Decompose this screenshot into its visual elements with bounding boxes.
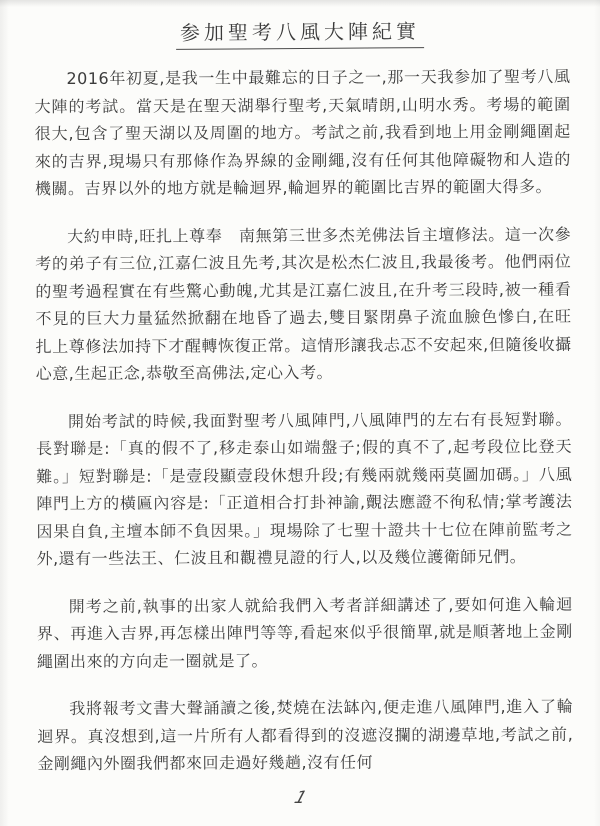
page-number: 1 — [291, 788, 308, 808]
document-body: 2016年初夏,是我一生中最難忘的日子之一,那一天我参加了聖考八風大陣的考試。當… — [34, 63, 573, 798]
scanned-handwritten-page: 参加聖考八風大陣紀實 2016年初夏,是我一生中最難忘的日子之一,那一天我参加了… — [0, 0, 600, 826]
paragraph-1: 2016年初夏,是我一生中最難忘的日子之一,那一天我参加了聖考八風大陣的考試。當… — [34, 63, 571, 203]
title-row: 参加聖考八風大陣紀實 — [0, 16, 600, 49]
paragraph-2: 大約申時,旺扎上尊奉 南無第三世多杰羌佛法旨主壇修法。這一次參考的弟子有三位,江… — [35, 220, 572, 387]
paragraph-4: 開考之前,執事的出家人就給我們入考者詳細講述了,要如何進入輪迴界、再進入吉界,再… — [37, 590, 573, 675]
paragraph-3: 開始考試的時候,我面對聖考八風陣門,八風陣門的左右有長短對聯。長對聯是:「真的假… — [36, 405, 573, 572]
paragraph-5: 我將報考文書大聲誦讀之後,焚燒在法缽內,便走進八風陣門,進入了輪迴界。真沒想到,… — [37, 693, 573, 778]
page-number-row: 1 — [0, 788, 600, 808]
page-title: 参加聖考八風大陣紀實 — [176, 15, 424, 50]
